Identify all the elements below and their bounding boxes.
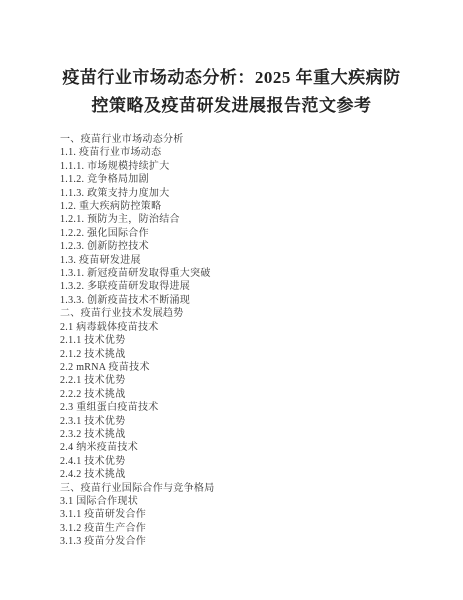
toc-item: 1.3.2. 多联疫苗研发取得进展	[60, 280, 433, 293]
toc-item: 二、疫苗行业技术发展趋势	[60, 307, 433, 320]
toc-item: 1.3. 疫苗研发进展	[60, 254, 433, 267]
toc-item: 2.3 重组蛋白疫苗技术	[60, 401, 433, 414]
toc-item: 3.1.2 疫苗生产合作	[60, 522, 433, 535]
toc-item: 2.4.2 技术挑战	[60, 468, 433, 481]
toc-item: 1.1.3. 政策支持力度加大	[60, 187, 433, 200]
toc-item: 1.2.2. 强化国际合作	[60, 227, 433, 240]
toc-item: 2.1 病毒载体疫苗技术	[60, 321, 433, 334]
report-title-line2: 控策略及疫苗研发进展报告范文参考	[42, 92, 422, 120]
toc-item: 2.1.2 技术挑战	[60, 348, 433, 361]
toc-item: 1.3.3. 创新疫苗技术不断涌现	[60, 294, 433, 307]
toc-item: 1.3.1. 新冠疫苗研发取得重大突破	[60, 267, 433, 280]
toc-item: 2.2.2 技术挑战	[60, 388, 433, 401]
report-title-line1: 疫苗行业市场动态分析：2025 年重大疾病防	[42, 64, 422, 92]
toc-item: 1.1. 疫苗行业市场动态	[60, 146, 433, 159]
toc-item: 3.1 国际合作现状	[60, 495, 433, 508]
report-title: 疫苗行业市场动态分析：2025 年重大疾病防 控策略及疫苗研发进展报告范文参考	[42, 64, 422, 120]
toc-item: 1.1.1. 市场规模持续扩大	[60, 160, 433, 173]
document-body: { "title": { "line1": "疫苗行业市场动态分析：2025 年…	[0, 0, 463, 600]
toc-item: 2.2 mRNA 疫苗技术	[60, 361, 433, 374]
toc-item: 2.1.1 技术优势	[60, 334, 433, 347]
toc-item: 2.4 纳米疫苗技术	[60, 441, 433, 454]
toc-item: 三、疫苗行业国际合作与竞争格局	[60, 482, 433, 495]
toc-item: 1.1.2. 竞争格局加剧	[60, 173, 433, 186]
toc-item: 3.1.3 疫苗分发合作	[60, 535, 433, 548]
toc-item: 2.3.2 技术挑战	[60, 428, 433, 441]
table-of-contents: 一、疫苗行业市场动态分析1.1. 疫苗行业市场动态1.1.1. 市场规模持续扩大…	[60, 133, 433, 549]
toc-item: 3.1.1 疫苗研发合作	[60, 508, 433, 521]
toc-item: 2.2.1 技术优势	[60, 374, 433, 387]
toc-item: 2.4.1 技术优势	[60, 455, 433, 468]
toc-item: 2.3.1 技术优势	[60, 415, 433, 428]
toc-item: 1.2. 重大疾病防控策略	[60, 200, 433, 213]
toc-item: 一、疫苗行业市场动态分析	[60, 133, 433, 146]
toc-item: 1.2.1. 预防为主，防治结合	[60, 213, 433, 226]
report-page: 疫苗行业市场动态分析：2025 年重大疾病防 控策略及疫苗研发进展报告范文参考 …	[0, 0, 463, 600]
toc-item: 1.2.3. 创新防控技术	[60, 240, 433, 253]
